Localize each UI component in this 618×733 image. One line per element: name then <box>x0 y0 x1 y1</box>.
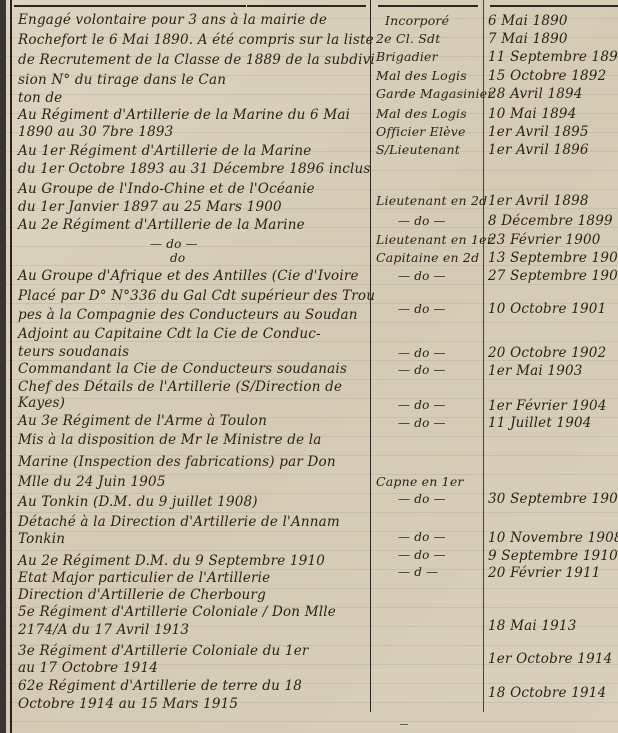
date-entry: 1er Avril 1898 <box>488 193 589 209</box>
grade-entry: Lieutenant en 1er <box>376 232 493 247</box>
grade-ditto: — do — <box>398 492 446 506</box>
service-line: du 1er Octobre 1893 au 31 Décembre 1896 … <box>18 161 371 177</box>
date-entry: 10 Mai 1894 <box>488 106 577 122</box>
service-line: Au 1er Régiment d'Artillerie de la Marin… <box>18 143 311 159</box>
service-line: sion N° du tirage dans le Can <box>18 72 226 88</box>
date-entry: 15 Octobre 1892 <box>488 68 606 84</box>
service-line: Au Groupe d'Afrique et des Antilles (Cie… <box>18 268 359 284</box>
service-line: Détaché à la Direction d'Artillerie de l… <box>18 514 340 530</box>
grade-ditto: — do — <box>398 398 446 412</box>
service-line: teurs soudanais <box>18 344 129 360</box>
service-line: Tonkin <box>18 531 65 547</box>
grade-entry: Officier Elève <box>376 124 466 139</box>
binding-edge <box>0 0 6 733</box>
column-divider-services-grades <box>370 0 371 712</box>
service-line: Etat Major particulier de l'Artillerie <box>18 570 270 586</box>
service-line: de Recrutement de la Classe de 1889 de l… <box>18 52 375 68</box>
date-entry: 10 Octobre 1901 <box>488 301 606 317</box>
grade-entry: 2e Cl. Sdt <box>376 31 440 46</box>
service-line: Kayes) <box>18 395 65 411</box>
service-line: 3e Régiment d'Artillerie Coloniale du 1e… <box>18 643 309 659</box>
date-entry: 1er Avril 1895 <box>488 124 589 140</box>
grade-entry: Mal des Logis <box>376 68 467 83</box>
date-entry: 1er Mai 1903 <box>488 363 583 379</box>
grade-ditto: — do — <box>398 214 446 228</box>
service-line: ton de <box>18 90 62 106</box>
header-rule <box>14 5 246 7</box>
date-entry: 23 Février 1900 <box>488 232 601 248</box>
service-line: Chef des Détails de l'Artillerie (S/Dire… <box>18 379 342 395</box>
date-entry: 20 Octobre 1902 <box>488 345 606 361</box>
grade-ditto: — do — <box>398 530 446 544</box>
service-line: 5e Régiment d'Artillerie Coloniale / Don… <box>18 604 336 620</box>
service-line: Au 3e Régiment de l'Arme à Toulon <box>18 413 267 429</box>
date-entry: 18 Octobre 1914 <box>488 685 606 701</box>
grade-entry: Garde Magasinier <box>376 86 494 101</box>
date-entry: 1er Avril 1896 <box>488 142 589 158</box>
service-line: Au Tonkin (D.M. du 9 juillet 1908) <box>18 494 258 510</box>
grade-ditto: — do — <box>398 346 446 360</box>
service-line: 1890 au 30 7bre 1893 <box>18 124 173 140</box>
date-entry: 1er Février 1904 <box>488 398 607 414</box>
date-entry: 18 Mai 1913 <box>488 618 577 634</box>
service-line: du 1er Janvier 1897 au 25 Mars 1900 <box>18 199 282 215</box>
grade-ditto: — do — <box>398 548 446 562</box>
service-line: Au 2e Régiment d'Artillerie de la Marine <box>18 217 305 233</box>
header-rule <box>490 5 618 7</box>
left-margin-rule <box>10 0 12 733</box>
service-line: Commandant la Cie de Conducteurs soudana… <box>18 361 347 377</box>
date-entry: 1er Octobre 1914 <box>488 651 612 667</box>
service-line: Adjoint au Capitaine Cdt la Cie de Condu… <box>18 326 321 342</box>
service-line: Placé par D° N°336 du Gal Cdt supérieur … <box>18 288 375 304</box>
page-mark <box>400 724 408 731</box>
service-line: au 17 Octobre 1914 <box>18 660 158 676</box>
service-line: Au Régiment d'Artillerie de la Marine du… <box>18 107 350 123</box>
service-line: 62e Régiment d'Artillerie de terre du 18 <box>18 678 302 694</box>
grade-ditto: — do — <box>398 416 446 430</box>
date-entry: 20 Février 1911 <box>488 565 601 581</box>
date-entry: 11 Juillet 1904 <box>488 415 592 431</box>
service-line: Engagé volontaire pour 3 ans à la mairie… <box>18 12 327 28</box>
grade-ditto: — do — <box>398 302 446 316</box>
date-entry: 27 Septembre 1901 <box>488 268 618 284</box>
date-entry: 9 Septembre 1910 <box>488 548 618 564</box>
service-line: Octobre 1914 au 15 Mars 1915 <box>18 696 238 712</box>
grade-entry: Lieutenant en 2d <box>376 193 487 208</box>
service-line: pes à la Compagnie des Conducteurs au So… <box>18 307 358 323</box>
date-entry: 11 Septembre 1891 <box>488 49 618 65</box>
date-entry: 8 Décembre 1899 <box>488 213 613 229</box>
header-rule <box>378 5 478 7</box>
service-line: Mlle du 24 Juin 1905 <box>18 474 166 490</box>
service-ditto: — do — <box>150 237 198 251</box>
service-line: Au Groupe de l'Indo-Chine et de l'Océani… <box>18 181 315 197</box>
date-entry: 10 Novembre 1908 <box>488 530 618 546</box>
date-entry: 6 Mai 1890 <box>488 13 568 29</box>
service-line: Au 2e Régiment D.M. du 9 Septembre 1910 <box>18 553 325 569</box>
grade-entry: Capne en 1er <box>376 474 464 489</box>
grade-entry: Incorporé <box>385 13 449 28</box>
date-entry: 13 Septembre 1900 <box>488 250 618 266</box>
grade-ditto: — do — <box>398 269 446 283</box>
date-entry: 7 Mai 1890 <box>488 31 568 47</box>
service-line: Rochefort le 6 Mai 1890. A été compris s… <box>18 32 374 48</box>
grade-entry: S/Lieutenant <box>376 142 460 157</box>
service-line: Direction d'Artillerie de Cherbourg <box>18 587 266 603</box>
service-ditto: do <box>170 251 185 265</box>
grade-entry: Brigadier <box>376 49 438 64</box>
service-line: Marine (Inspection des fabrications) par… <box>18 454 336 470</box>
register-page: Engagé volontaire pour 3 ans à la mairie… <box>0 0 618 733</box>
grade-entry: Capitaine en 2d <box>376 250 479 265</box>
column-divider-grades-dates <box>483 0 484 712</box>
grade-entry: Mal des Logis <box>376 106 467 121</box>
grade-ditto: — do — <box>398 363 446 377</box>
date-entry: 28 Avril 1894 <box>488 86 583 102</box>
header-rule <box>247 5 366 7</box>
service-line: Mis à la disposition de Mr le Ministre d… <box>18 432 322 448</box>
grade-ditto: — d — <box>398 565 438 579</box>
service-line: 2174/A du 17 Avril 1913 <box>18 622 189 638</box>
date-entry: 30 Septembre 1908 <box>488 491 618 507</box>
